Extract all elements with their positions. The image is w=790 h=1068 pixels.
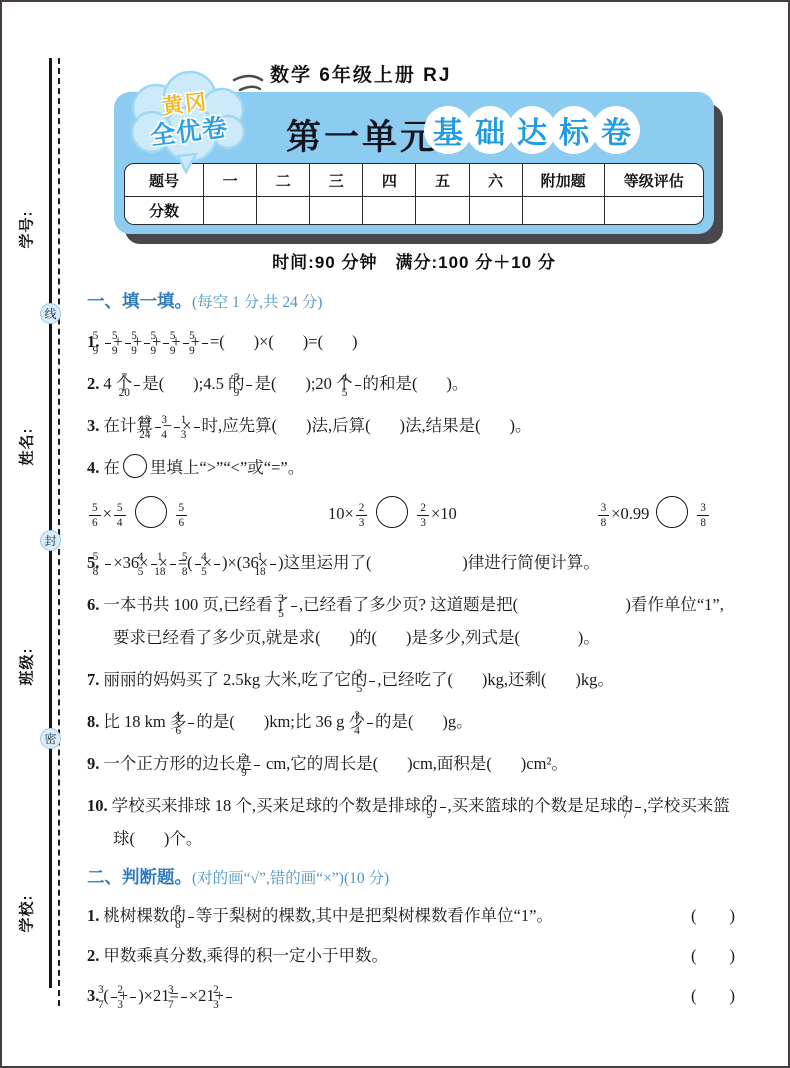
class-field[interactable]: 班级: — [16, 602, 37, 732]
answer-bracket[interactable]: ( ) — [671, 900, 735, 932]
fill-question-7[interactable]: 7.丽丽的妈妈买了 2.5kg 大米,吃了它的25,已经吃了( )kg,还剩( … — [87, 663, 735, 696]
fraction: 16 — [188, 710, 194, 737]
fraction: 23 — [226, 984, 232, 1011]
exam-title-char: 达 — [508, 106, 556, 154]
fraction: 25 — [369, 668, 375, 695]
question-number: 7. — [87, 670, 99, 689]
book-edition: 数学 6年级上册 RJ — [270, 60, 451, 87]
comparison-circle-blank[interactable] — [135, 496, 167, 528]
fraction: 59 — [202, 330, 208, 357]
fraction: 118 — [170, 551, 176, 578]
fraction: 720 — [134, 372, 140, 399]
score-blank-cell[interactable] — [469, 197, 522, 224]
fraction: 45 — [214, 551, 220, 578]
score-blank-cell[interactable] — [416, 197, 469, 224]
question-body: 2.甲数乘真分数,乘得的积一定小于甲数。 — [87, 940, 671, 972]
question-body: 58×36×45×118=(58×45)×(36×118)这里运用了( )律进行… — [103, 553, 599, 572]
worksheet-page: 学号: 姓名: 班级: 学校: 线 封 密 数学 6年级上册 RJ 第一单元 基… — [0, 0, 790, 1068]
comparison-item-1[interactable]: 56×5456 — [87, 494, 189, 534]
section-judge-note: (对的画“√”,错的画“×”)(10 分) — [192, 870, 389, 887]
score-blank-cell[interactable] — [257, 197, 310, 224]
fill-question-10[interactable]: 10.学校买来排球 18 个,买来足球的个数是排球的79,买来篮球的个数是足球的… — [87, 789, 735, 855]
question-body: 59+59+59+59+59+59=( )×( )=( ) — [103, 332, 357, 351]
question-body: 一个正方形的边长是29 cm,它的周长是( )cm,面积是( )cm²。 — [103, 754, 568, 773]
question-number: 10. — [87, 796, 108, 815]
exam-title-char: 卷 — [592, 106, 640, 154]
question-body: 学校买来排球 18 个,买来足球的个数是排球的79,买来篮球的个数是足球的37,… — [112, 796, 730, 848]
fill-question-5[interactable]: 5.58×36×45×118=(58×45)×(36×118)这里运用了( )律… — [87, 546, 735, 579]
question-number: 3. — [87, 416, 99, 435]
score-header-cell: 六 — [469, 164, 522, 197]
exam-title-char: 础 — [466, 106, 514, 154]
fraction: 37 — [111, 984, 117, 1011]
fraction: 59 — [125, 330, 131, 357]
question-number: 9. — [87, 754, 99, 773]
brand-cloud-badge: 黄冈 全优卷 — [116, 68, 266, 176]
fraction: 35 — [291, 593, 297, 620]
question-body: 在计算1324−34×13时,应先算( )法,后算( )法,结果是( )。 — [103, 416, 531, 435]
exam-title-char: 标 — [550, 106, 598, 154]
fraction: 13 — [194, 414, 200, 441]
fraction: 59 — [163, 330, 169, 357]
question-body: 在里填上“>”“<”或“=”。 — [103, 458, 304, 477]
score-header-cell: 四 — [363, 164, 416, 197]
fraction: 58 — [105, 551, 111, 578]
score-value-row: 分数 — [125, 197, 703, 224]
fraction: 54 — [114, 502, 126, 529]
fraction: 79 — [440, 794, 446, 821]
fraction: 56 — [176, 502, 188, 529]
unit-title: 第一单元 — [286, 110, 438, 160]
fill-question-8[interactable]: 8.比 18 km 多16的是( )km;比 36 g 少34的是( )g。 — [87, 705, 735, 738]
fraction: 58 — [188, 904, 194, 931]
score-blank-cell[interactable] — [310, 197, 363, 224]
judge-question-2[interactable]: 2.甲数乘真分数,乘得的积一定小于甲数。 ( ) — [87, 940, 735, 972]
fraction: 56 — [89, 502, 101, 529]
fraction: 1324 — [155, 414, 161, 441]
question-number: 2. — [87, 374, 99, 393]
section-fill-title: 一、填一填。 — [87, 291, 192, 311]
fraction: 38 — [697, 502, 709, 529]
exam-title: 基 础 达 标 卷 — [430, 106, 640, 154]
seal-line-solid — [49, 58, 52, 988]
student-id-field[interactable]: 学号: — [16, 165, 37, 295]
exam-title-char: 基 — [424, 106, 472, 154]
fraction: 58 — [195, 551, 201, 578]
exam-meta-line: 时间:90 分钟 满分:100 分＋10 分 — [114, 248, 714, 273]
score-blank-cell[interactable] — [522, 197, 604, 224]
question-number: 6. — [87, 595, 99, 614]
score-header-cell: 等级评估 — [604, 164, 703, 197]
fraction: 38 — [598, 502, 610, 529]
answer-bracket[interactable]: ( ) — [671, 980, 735, 1012]
fill-question-3[interactable]: 3.在计算1324−34×13时,应先算( )法,后算( )法,结果是( )。 — [87, 409, 735, 442]
fill-question-6[interactable]: 6.一本书共 100 页,已经看了35,已经看了多少页? 这道题是把( )看作单… — [87, 588, 735, 654]
fraction: 34 — [174, 414, 180, 441]
score-row-label: 分数 — [125, 197, 204, 224]
question-body: 1.桃树棵数的58等于梨树的棵数,其中是把梨树棵数看作单位“1”。 — [87, 900, 671, 932]
exam-content: 一、填一填。(每空 1 分,共 24 分) 1.59+59+59+59+59+5… — [87, 282, 735, 1020]
judge-question-1[interactable]: 1.桃树棵数的58等于梨树的棵数,其中是把梨树棵数看作单位“1”。 ( ) — [87, 900, 735, 932]
fraction: 59 — [246, 372, 252, 399]
seal-line-dashed — [58, 58, 60, 1006]
comparison-row[interactable]: 56×5456 10×2323×10 38×0.9938 — [87, 494, 735, 534]
comparison-circle-blank[interactable] — [376, 496, 408, 528]
question-body: 比 18 km 多16的是( )km;比 36 g 少34的是( )g。 — [103, 712, 472, 731]
fraction: 37 — [635, 794, 641, 821]
question-body: 3.(37+23)×21=37×21+23 — [87, 980, 671, 1012]
judge-question-3[interactable]: 3.(37+23)×21=37×21+23 ( ) — [87, 980, 735, 1012]
section-judge-title: 二、判断题。 — [87, 867, 192, 887]
fraction: 29 — [254, 752, 260, 779]
student-name-field[interactable]: 姓名: — [16, 382, 37, 512]
comparison-item-2[interactable]: 10×2323×10 — [328, 494, 457, 534]
comparison-item-3[interactable]: 38×0.9938 — [596, 494, 711, 534]
score-header-cell: 三 — [310, 164, 363, 197]
fill-question-1[interactable]: 1.59+59+59+59+59+59=( )×( )=( ) — [87, 325, 735, 358]
fraction: 37 — [181, 984, 187, 1011]
fraction: 59 — [105, 330, 111, 357]
comparison-circle-blank[interactable] — [123, 454, 147, 478]
section-judge-header: 二、判断题。(对的画“√”,错的画“×”)(10 分) — [87, 864, 735, 892]
fill-question-9[interactable]: 9.一个正方形的边长是29 cm,它的周长是( )cm,面积是( )cm²。 — [87, 747, 735, 780]
score-header-cell: 五 — [416, 164, 469, 197]
question-body: 一本书共 100 页,已经看了35,已经看了多少页? 这道题是把( )看作单位“… — [103, 595, 723, 647]
fraction: 34 — [367, 710, 373, 737]
question-number: 1. — [87, 906, 99, 925]
fraction: 23 — [130, 984, 136, 1011]
fraction: 23 — [417, 502, 429, 529]
school-field[interactable]: 学校: — [16, 849, 37, 979]
score-header-cell: 附加题 — [522, 164, 604, 197]
question-number: 8. — [87, 712, 99, 731]
question-number: 4. — [87, 458, 99, 477]
section-fill-note: (每空 1 分,共 24 分) — [192, 294, 322, 311]
question-number: 2. — [87, 946, 99, 965]
section-fill-header: 一、填一填。(每空 1 分,共 24 分) — [87, 288, 735, 316]
fraction: 59 — [183, 330, 189, 357]
score-blank-cell[interactable] — [204, 197, 257, 224]
seal-char-xian: 线 — [40, 303, 61, 324]
score-blank-cell[interactable] — [363, 197, 416, 224]
question-body: 丽丽的妈妈买了 2.5kg 大米,吃了它的25,已经吃了( )kg,还剩( )k… — [103, 670, 613, 689]
fraction: 118 — [270, 551, 276, 578]
fraction: 45 — [355, 372, 361, 399]
fraction: 59 — [144, 330, 150, 357]
fraction: 23 — [356, 502, 368, 529]
fill-question-2[interactable]: 2.4 个720是( );4.5 的59是( );20 个45的和是( )。 — [87, 367, 735, 400]
score-blank-cell[interactable] — [604, 197, 703, 224]
question-body: 4 个720是( );4.5 的59是( );20 个45的和是( )。 — [103, 374, 468, 393]
comparison-circle-blank[interactable] — [656, 496, 688, 528]
answer-bracket[interactable]: ( ) — [671, 940, 735, 972]
seal-char-mi: 密 — [40, 728, 61, 749]
fill-question-4[interactable]: 4.在里填上“>”“<”或“=”。 — [87, 451, 735, 484]
seal-char-feng: 封 — [40, 530, 61, 551]
